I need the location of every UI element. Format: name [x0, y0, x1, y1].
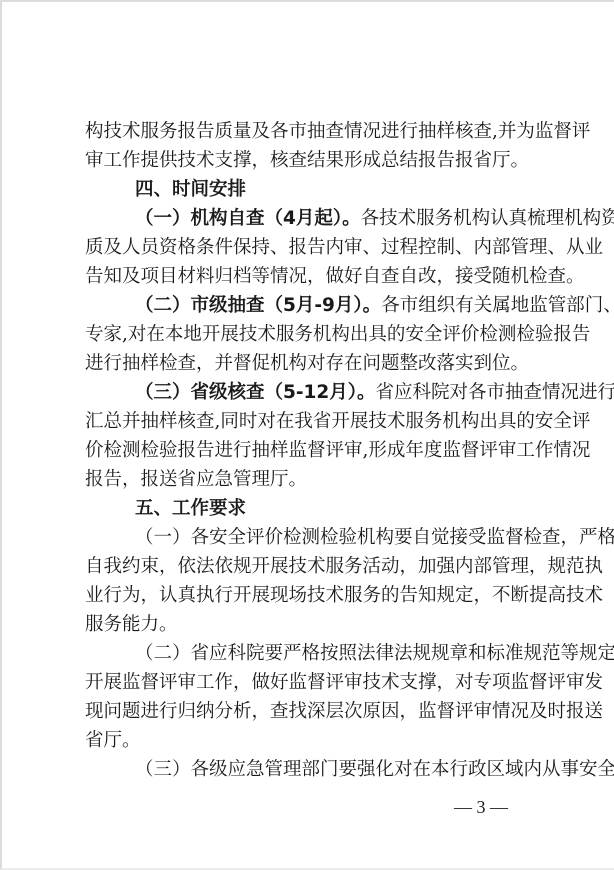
text-line: 构技术服务报告质量及各市抽查情况进行抽样核查,并为监督评 [85, 117, 533, 146]
document-body: 构技术服务报告质量及各市抽查情况进行抽样核查,并为监督评 审工作提供技术支撑，核… [85, 117, 533, 784]
page-number: — 3 — [454, 797, 508, 818]
text-line: 审工作提供技术支撑，核查结果形成总结报告报省厅。 [85, 146, 533, 175]
text-line: 告知及项目材料归档等情况，做好自查自改，接受随机检查。 [85, 262, 533, 291]
section-heading-requirements: 五、工作要求 [85, 494, 533, 523]
schedule-item-2-text: 各市组织有关属地监管部门、 [381, 295, 614, 316]
schedule-item-1: （一）机构自查（4月起）。各技术服务机构认真梳理机构资 [85, 204, 533, 233]
schedule-item-3-text: 省应科院对各市抽查情况进行 [376, 382, 614, 403]
schedule-item-2: （二）市级抽查（5月-9月）。各市组织有关属地监管部门、 [85, 291, 533, 320]
schedule-item-3-title: （三）省级核查（5-12月）。 [135, 382, 376, 403]
text-line: 自我约束，依法依规开展技术服务活动，加强内部管理，规范执 [85, 552, 533, 581]
text-line: 服务能力。 [85, 610, 533, 639]
text-line: 省厅。 [85, 726, 533, 755]
requirement-item-3: （三）各级应急管理部门要强化对在本行政区域内从事安全 [85, 755, 533, 784]
document-page: 构技术服务报告质量及各市抽查情况进行抽样核查,并为监督评 审工作提供技术支撑，核… [0, 0, 614, 870]
text-line: 业行为，认真执行开展现场技术服务的告知规定，不断提高技术 [85, 581, 533, 610]
schedule-item-3: （三）省级核查（5-12月）。省应科院对各市抽查情况进行 [85, 378, 533, 407]
text-line: 开展监督评审工作，做好监督评审技术支撑，对专项监督评审发 [85, 668, 533, 697]
text-line: 现问题进行归纳分析，查找深层次原因，监督评审情况及时报送 [85, 697, 533, 726]
schedule-item-2-title: （二）市级抽查（5月-9月）。 [135, 295, 381, 316]
section-heading-schedule: 四、时间安排 [85, 175, 533, 204]
text-line: 质及人员资格条件保持、报告内审、过程控制、内部管理、从业 [85, 233, 533, 262]
schedule-item-1-title: （一）机构自查（4月起）。 [135, 208, 361, 229]
text-line: 报告，报送省应急管理厅。 [85, 465, 533, 494]
schedule-item-1-text: 各技术服务机构认真梳理机构资 [361, 208, 614, 229]
text-line: 价检测检验报告进行抽样监督评审,形成年度监督评审工作情况 [85, 436, 533, 465]
text-line: 汇总并抽样核查,同时对在我省开展技术服务机构出具的安全评 [85, 407, 533, 436]
requirement-item-2: （二）省应科院要严格按照法律法规规章和标准规范等规定 [85, 639, 533, 668]
text-line: 专家,对在本地开展技术服务机构出具的安全评价检测检验报告 [85, 320, 533, 349]
text-line: 进行抽样检查，并督促机构对存在问题整改落实到位。 [85, 349, 533, 378]
requirement-item-1: （一）各安全评价检测检验机构要自觉接受监督检查，严格 [85, 523, 533, 552]
